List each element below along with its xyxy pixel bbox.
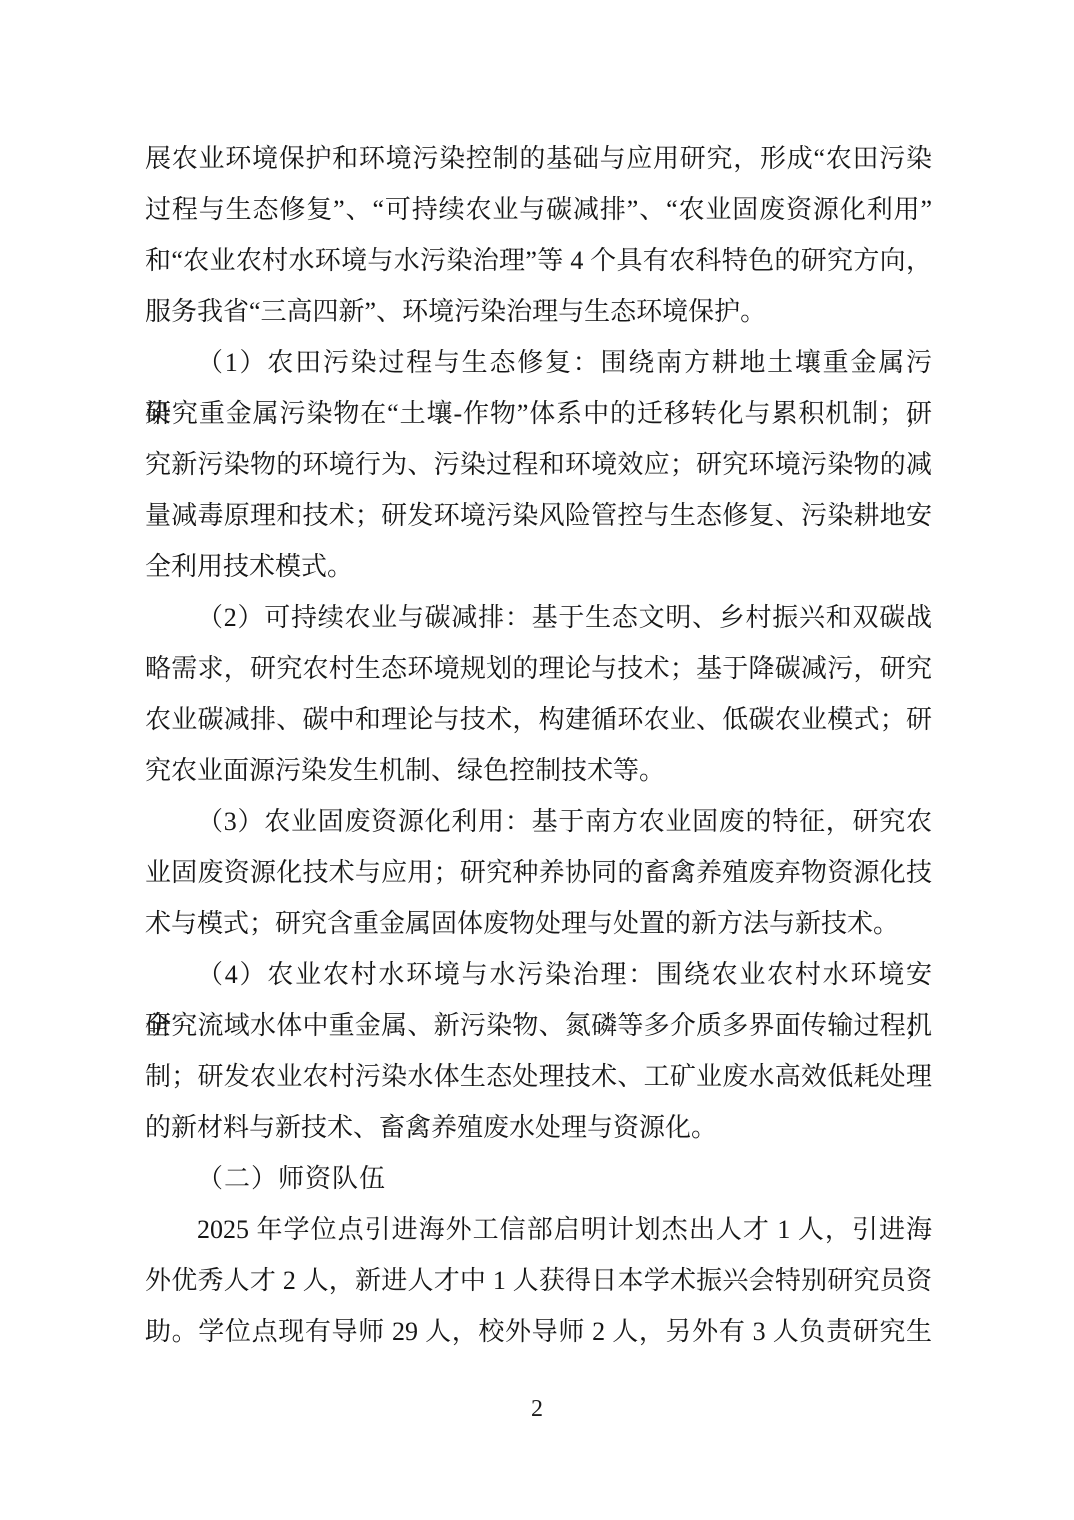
page-footer: 2 — [0, 1396, 1074, 1423]
paragraph-direction-1: （1）农田污染过程与生态修复：围绕南方耕地土壤重金属污染， 研究重金属污染物在“… — [145, 337, 932, 592]
body-line: （2）可持续农业与碳减排：基于生态文明、乡村振兴和双碳战 — [145, 592, 932, 643]
body-line: （3）农业固废资源化利用：基于南方农业固废的特征，研究农 — [145, 796, 932, 847]
document-body: 展农业环境保护和环境污染控制的基础与应用研究，形成“农田污染 过程与生态修复”、… — [145, 133, 932, 1357]
paragraph-faculty: 2025 年学位点引进海外工信部启明计划杰出人才 1 人，引进海 外优秀人才 2… — [145, 1204, 932, 1357]
page-number: 2 — [531, 1396, 543, 1422]
document-page: 展农业环境保护和环境污染控制的基础与应用研究，形成“农田污染 过程与生态修复”、… — [0, 0, 1074, 1520]
body-line: 研究重金属污染物在“土壤-作物”体系中的迁移转化与累积机制；研 — [145, 388, 932, 439]
section-heading-faculty: （二）师资队伍 — [145, 1153, 932, 1204]
body-line: 服务我省“三高四新”、环境污染治理与生态环境保护。 — [145, 286, 932, 337]
paragraph-intro: 展农业环境保护和环境污染控制的基础与应用研究，形成“农田污染 过程与生态修复”、… — [145, 133, 932, 337]
body-line: 和“农业农村水环境与水污染治理”等 4 个具有农科特色的研究方向， — [145, 235, 932, 286]
body-line: 助。学位点现有导师 29 人，校外导师 2 人，另外有 3 人负责研究生 — [145, 1306, 932, 1357]
paragraph-direction-4: （4）农业农村水环境与水污染治理：围绕农业农村水环境安全， 研究流域水体中重金属… — [145, 949, 932, 1153]
body-line: 过程与生态修复”、“可持续农业与碳减排”、“农业固废资源化利用” — [145, 184, 932, 235]
body-line: 研究流域水体中重金属、新污染物、氮磷等多介质多界面传输过程机 — [145, 1000, 932, 1051]
body-line: 农业碳减排、碳中和理论与技术，构建循环农业、低碳农业模式；研 — [145, 694, 932, 745]
body-line: 2025 年学位点引进海外工信部启明计划杰出人才 1 人，引进海 — [145, 1204, 932, 1255]
body-line: 全利用技术模式。 — [145, 541, 932, 592]
body-line: 外优秀人才 2 人，新进人才中 1 人获得日本学术振兴会特别研究员资 — [145, 1255, 932, 1306]
body-line: 术与模式；研究含重金属固体废物处理与处置的新方法与新技术。 — [145, 898, 932, 949]
body-line: （4）农业农村水环境与水污染治理：围绕农业农村水环境安全， — [145, 949, 932, 1000]
body-line: 略需求，研究农村生态环境规划的理论与技术；基于降碳减污，研究 — [145, 643, 932, 694]
body-line: （1）农田污染过程与生态修复：围绕南方耕地土壤重金属污染， — [145, 337, 932, 388]
body-line: 究农业面源污染发生机制、绿色控制技术等。 — [145, 745, 932, 796]
body-line: 究新污染物的环境行为、污染过程和环境效应；研究环境污染物的减 — [145, 439, 932, 490]
body-line: 量减毒原理和技术；研发环境污染风险管控与生态修复、污染耕地安 — [145, 490, 932, 541]
body-line: 展农业环境保护和环境污染控制的基础与应用研究，形成“农田污染 — [145, 133, 932, 184]
body-line: 的新材料与新技术、畜禽养殖废水处理与资源化。 — [145, 1102, 932, 1153]
paragraph-direction-2: （2）可持续农业与碳减排：基于生态文明、乡村振兴和双碳战 略需求，研究农村生态环… — [145, 592, 932, 796]
paragraph-direction-3: （3）农业固废资源化利用：基于南方农业固废的特征，研究农 业固废资源化技术与应用… — [145, 796, 932, 949]
body-line: 制；研发农业农村污染水体生态处理技术、工矿业废水高效低耗处理 — [145, 1051, 932, 1102]
body-line: 业固废资源化技术与应用；研究种养协同的畜禽养殖废弃物资源化技 — [145, 847, 932, 898]
